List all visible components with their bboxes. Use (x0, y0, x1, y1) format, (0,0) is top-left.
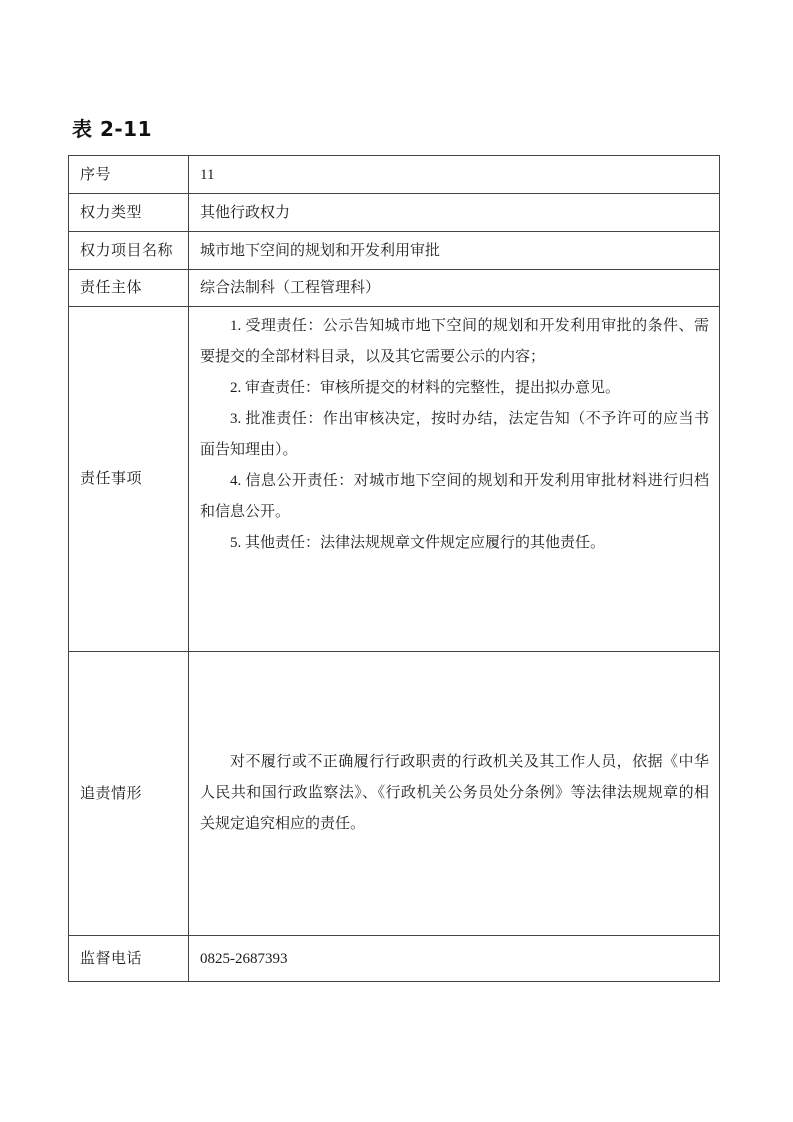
row-value-power-type: 其他行政权力 (189, 194, 720, 232)
table-row-responsibility-items: 责任事项 1. 受理责任：公示告知城市地下空间的规划和开发利用审批的条件、需要提… (69, 307, 720, 652)
row-label-power-item-name: 权力项目名称 (69, 232, 189, 270)
responsibility-item-5: 5. 其他责任：法律法规规章文件规定应履行的其他责任。 (200, 528, 709, 559)
row-value-serial-number: 11 (189, 156, 720, 194)
table-caption: 表 2-11 (72, 113, 152, 142)
table-row-power-item-name: 权力项目名称 城市地下空间的规划和开发利用审批 (69, 232, 720, 270)
responsibility-table: 序号 11 权力类型 其他行政权力 权力项目名称 城市地下空间的规划和开发利用审… (68, 155, 720, 982)
row-value-power-item-name: 城市地下空间的规划和开发利用审批 (189, 232, 720, 270)
row-label-power-type: 权力类型 (69, 194, 189, 232)
responsibility-item-1: 1. 受理责任：公示告知城市地下空间的规划和开发利用审批的条件、需要提交的全部材… (200, 311, 709, 373)
row-label-supervision-phone: 监督电话 (69, 936, 189, 982)
accountability-text: 对不履行或不正确履行行政职责的行政机关及其工作人员，依据《中华人民共和国行政监察… (200, 747, 709, 840)
table-row-responsible-body: 责任主体 综合法制科（工程管理科） (69, 270, 720, 307)
table-row-supervision-phone: 监督电话 0825-2687393 (69, 936, 720, 982)
row-value-responsibility-items: 1. 受理责任：公示告知城市地下空间的规划和开发利用审批的条件、需要提交的全部材… (189, 307, 720, 652)
table-row-accountability-situations: 追责情形 对不履行或不正确履行行政职责的行政机关及其工作人员，依据《中华人民共和… (69, 652, 720, 936)
row-value-accountability-situations: 对不履行或不正确履行行政职责的行政机关及其工作人员，依据《中华人民共和国行政监察… (189, 652, 720, 936)
responsibility-item-3: 3. 批准责任：作出审核决定，按时办结，法定告知（不予许可的应当书面告知理由）。 (200, 404, 709, 466)
row-value-supervision-phone: 0825-2687393 (189, 936, 720, 982)
row-label-accountability-situations: 追责情形 (69, 652, 189, 936)
table-row-serial-number: 序号 11 (69, 156, 720, 194)
responsibility-item-2: 2. 审查责任：审核所提交的材料的完整性，提出拟办意见。 (200, 373, 709, 404)
row-value-responsible-body: 综合法制科（工程管理科） (189, 270, 720, 307)
row-label-serial-number: 序号 (69, 156, 189, 194)
table-row-power-type: 权力类型 其他行政权力 (69, 194, 720, 232)
responsibility-item-4: 4. 信息公开责任：对城市地下空间的规划和开发利用审批材料进行归档和信息公开。 (200, 466, 709, 528)
row-label-responsible-body: 责任主体 (69, 270, 189, 307)
row-label-responsibility-items: 责任事项 (69, 307, 189, 652)
